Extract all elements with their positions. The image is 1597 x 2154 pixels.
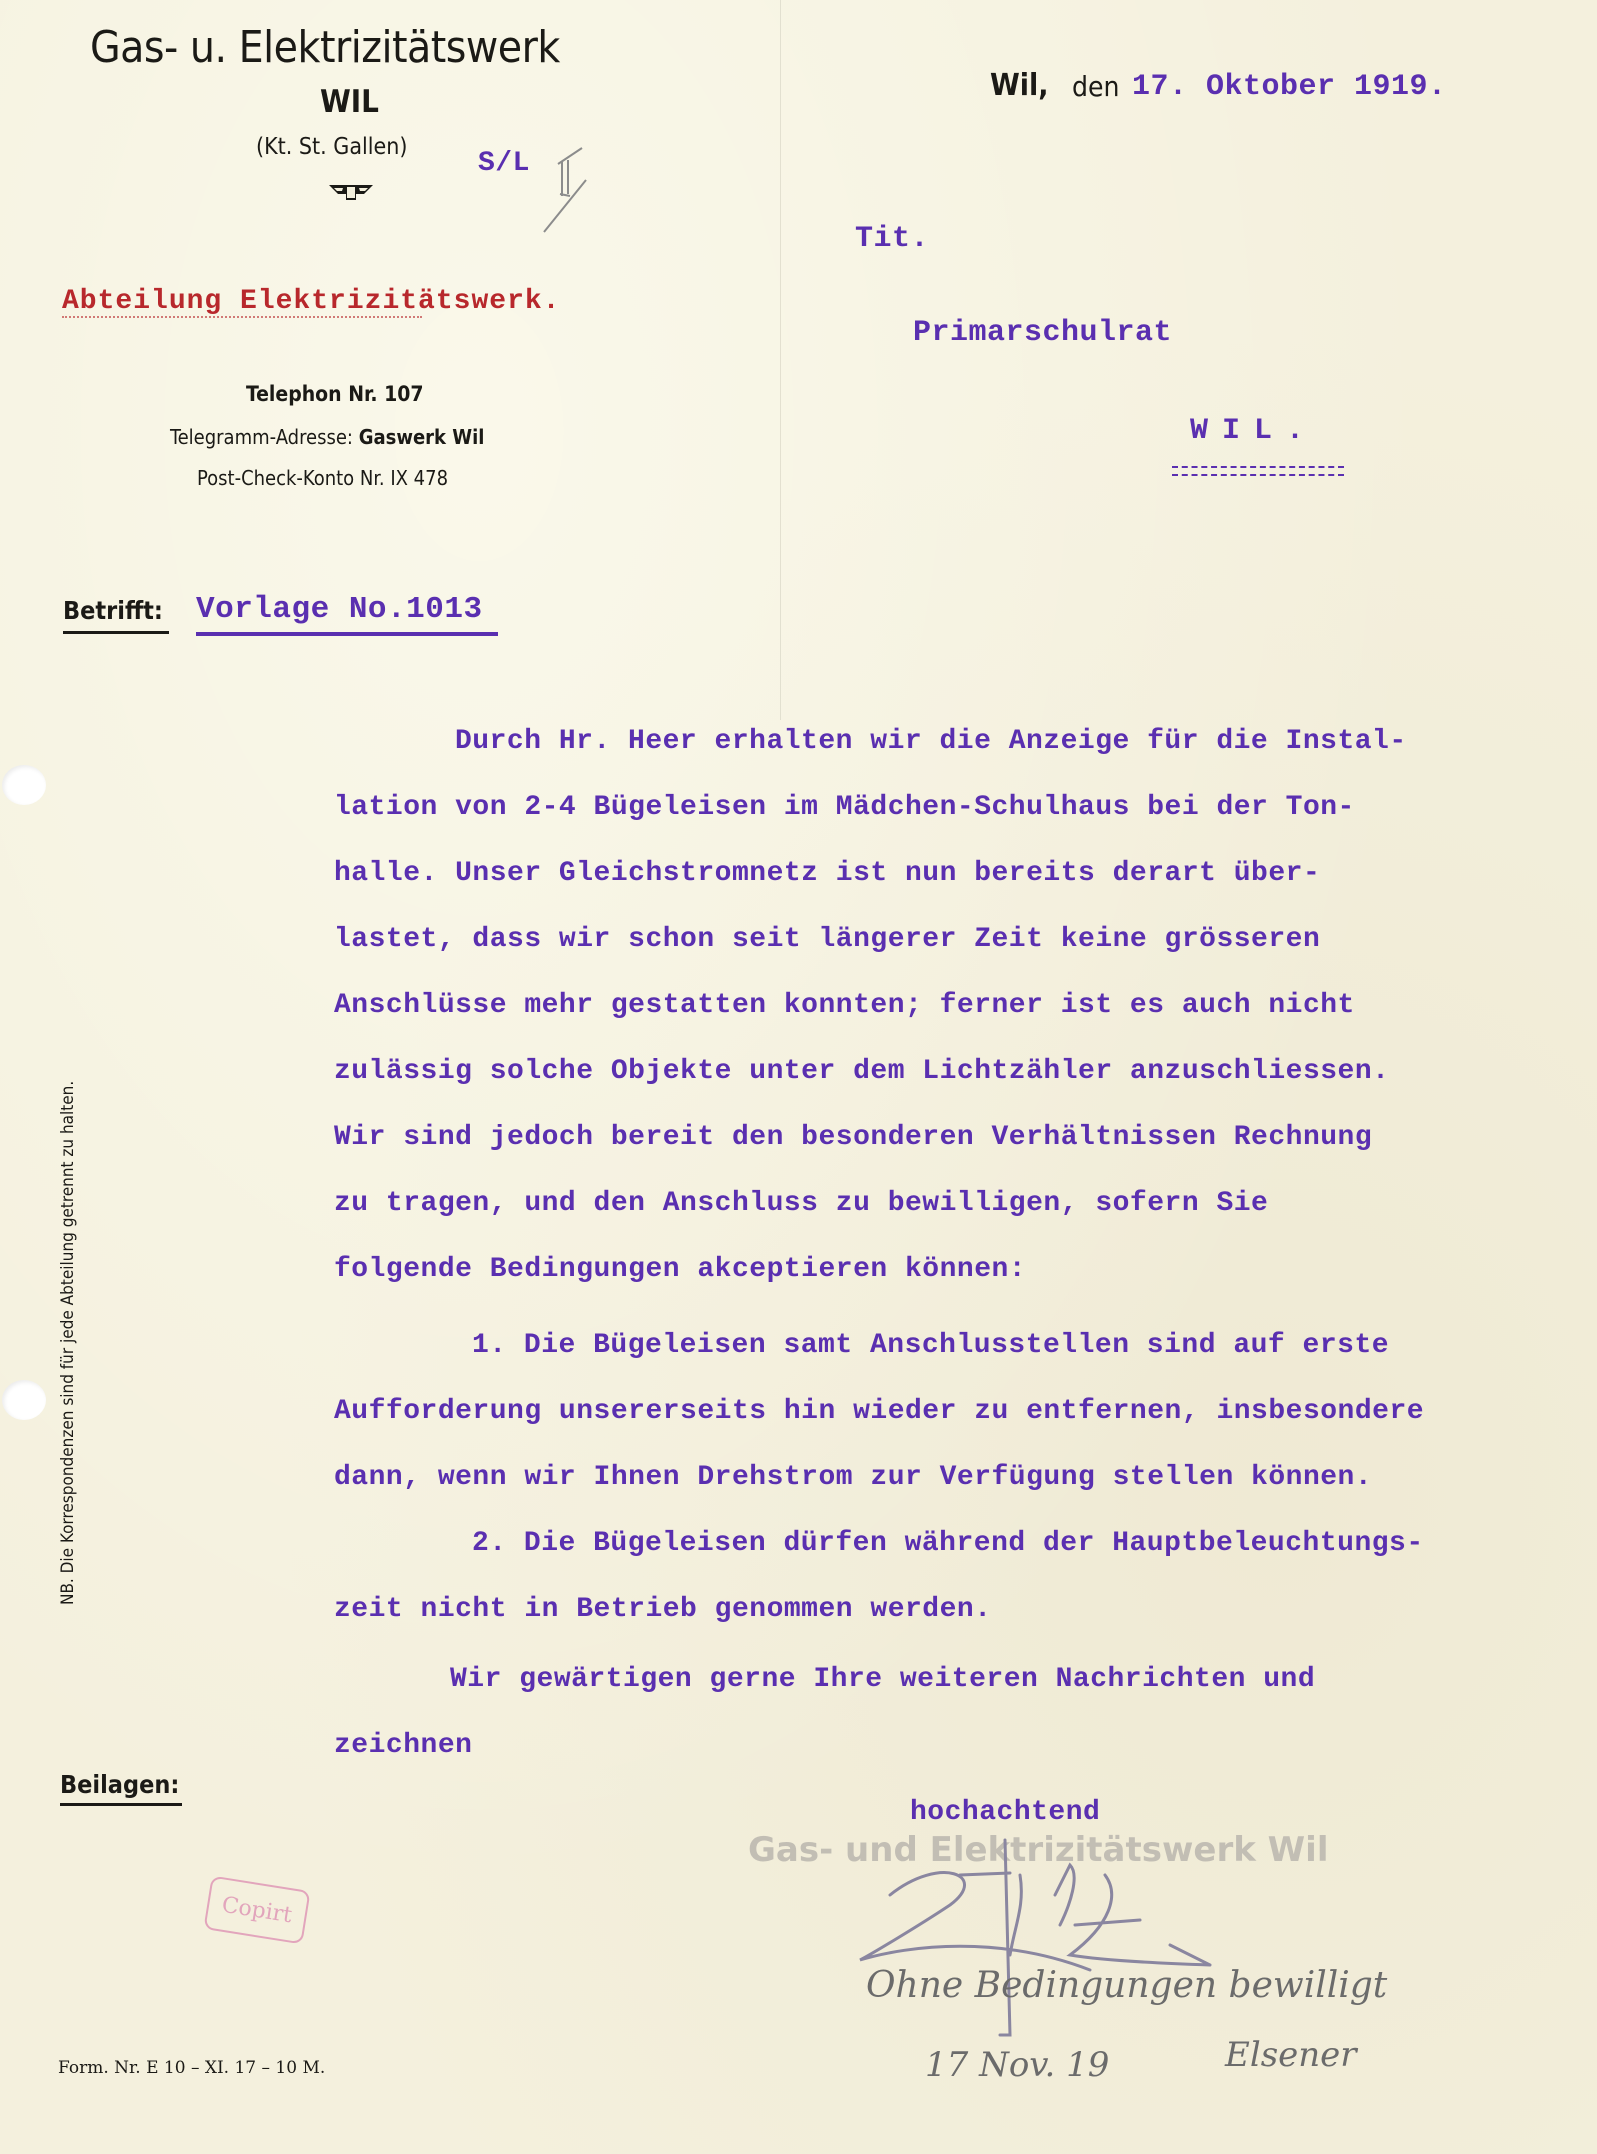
- recipient-salutation: Tit.: [855, 222, 929, 256]
- paper-fold-line: [780, 0, 781, 720]
- telephone-number: Telephon Nr. 107: [246, 382, 424, 406]
- enclosures-underline: [60, 1803, 182, 1806]
- telegram-value: Gaswerk Wil: [359, 425, 485, 449]
- telegram-address: Telegramm-Adresse: Gaswerk Wil: [170, 425, 484, 449]
- recipient-city: WIL.: [1190, 414, 1318, 448]
- body-line: Wir gewärtigen gerne Ihre weiteren Nachr…: [450, 1664, 1315, 1695]
- recipient-name: Primarschulrat: [913, 316, 1172, 350]
- subject-value-underline: [196, 632, 498, 636]
- letterhead-city: WIL: [320, 84, 379, 120]
- condition-2-line: zeit nicht in Betrieb genommen werden.: [334, 1594, 992, 1625]
- signature-scribble-icon: [850, 1835, 1260, 2045]
- reference-code: S/L: [478, 148, 530, 179]
- body-line: folgende Bedingungen akceptieren können:: [334, 1254, 1026, 1285]
- department-name: Abteilung Elektrizitätswerk.: [62, 286, 560, 317]
- closing-phrase: hochachtend: [910, 1797, 1100, 1828]
- condition-1-line: dann, wenn wir Ihnen Drehstrom zur Verfü…: [334, 1462, 1372, 1493]
- handwritten-signature: Elsener: [1225, 2035, 1357, 2075]
- side-note: NB. Die Korrespondenzen sind für jede Ab…: [58, 1081, 78, 1605]
- body-line: Anschlüsse mehr gestatten konnten; ferne…: [334, 990, 1355, 1021]
- subject-value: Vorlage No.1013: [196, 592, 483, 627]
- body-line: halle. Unser Gleichstromnetz ist nun ber…: [334, 858, 1320, 889]
- condition-1-line: Aufforderung unsererseits hin wieder zu …: [334, 1396, 1424, 1427]
- body-line: lastet, dass wir schon seit längerer Zei…: [334, 924, 1320, 955]
- handwritten-approval-note: Ohne Bedingungen bewilligt: [866, 1965, 1387, 2006]
- department-dotted-line: [62, 316, 422, 318]
- body-line: zu tragen, und den Anschluss zu bewillig…: [334, 1188, 1268, 1219]
- recipient-city-underline: [1172, 466, 1344, 476]
- body-line: Durch Hr. Heer erhalten wir die Anzeige …: [455, 726, 1407, 757]
- letterhead-canton: (Kt. St. Gallen): [256, 134, 407, 160]
- subject-label-underline: [63, 631, 169, 634]
- form-number: Form. Nr. E 10 – XI. 17 – 10 M.: [58, 2058, 325, 2078]
- date-place: Wil,: [990, 68, 1049, 103]
- condition-2-line: 2. Die Bügeleisen dürfen während der Hau…: [472, 1528, 1424, 1559]
- body-line: Wir sind jedoch bereit den besonderen Ve…: [334, 1122, 1372, 1153]
- handwritten-date: 17 Nov. 19: [925, 2045, 1109, 2085]
- winged-emblem-icon: [328, 182, 374, 202]
- body-line: zulässig solche Objekte unter dem Lichtz…: [334, 1056, 1389, 1087]
- letter-date: 17. Oktober 1919.: [1132, 70, 1447, 104]
- date-den: den: [1072, 70, 1119, 103]
- telegram-label: Telegramm-Adresse:: [170, 425, 353, 449]
- punch-hole: [2, 765, 46, 805]
- body-line: lation von 2-4 Bügeleisen im Mädchen-Sch…: [334, 792, 1355, 823]
- body-line: zeichnen: [334, 1730, 472, 1761]
- condition-1-line: 1. Die Bügeleisen samt Anschlusstellen s…: [472, 1330, 1389, 1361]
- punch-hole: [2, 1380, 46, 1420]
- enclosures-label: Beilagen:: [60, 1770, 179, 1799]
- copy-stamp: Copirt: [203, 1876, 310, 1945]
- pencil-mark-icon: [540, 146, 590, 236]
- postcheck-account: Post-Check-Konto Nr. IX 478: [197, 466, 448, 490]
- subject-label: Betrifft:: [63, 596, 163, 625]
- letterhead-company: Gas- u. Elektrizitätswerk: [90, 22, 560, 73]
